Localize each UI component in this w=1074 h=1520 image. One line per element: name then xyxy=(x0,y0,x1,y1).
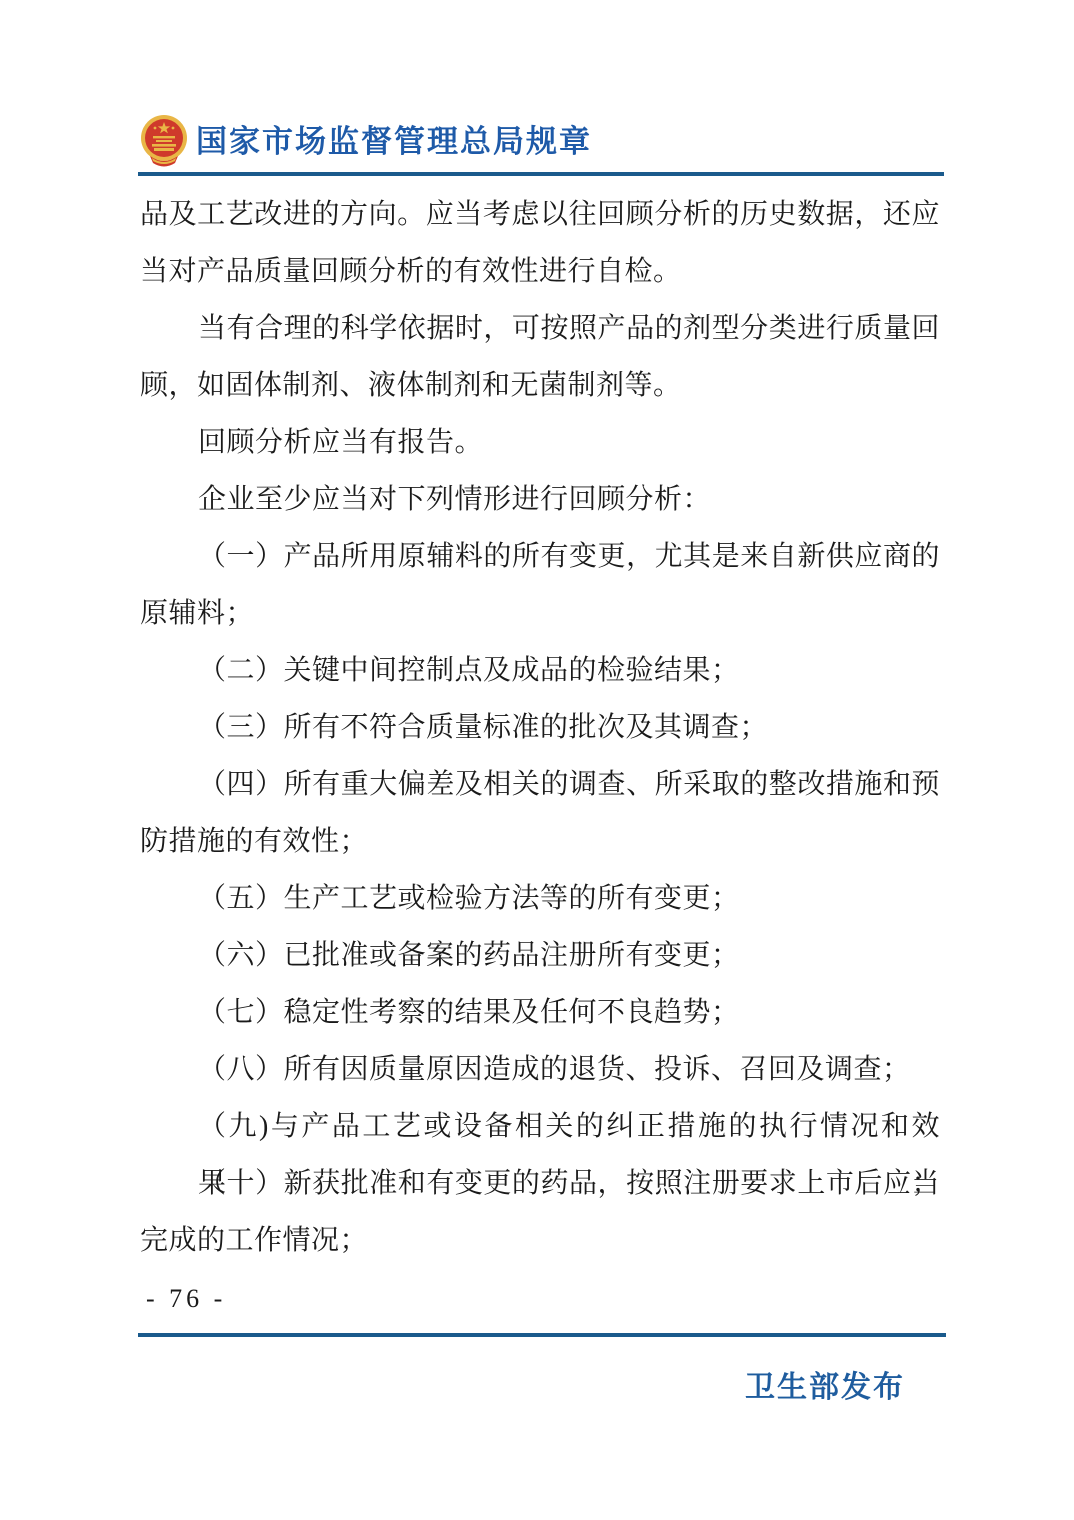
body-line: 企业至少应当对下列情形进行回顾分析： xyxy=(140,471,940,528)
body-line: 防措施的有效性； xyxy=(140,813,940,870)
body-text: 品及工艺改进的方向。应当考虑以往回顾分析的历史数据，还应当对产品质量回顾分析的有… xyxy=(140,186,940,1269)
body-line: （五）生产工艺或检验方法等的所有变更； xyxy=(140,870,940,927)
body-line: 完成的工作情况； xyxy=(140,1212,940,1269)
body-line: 原辅料； xyxy=(140,585,940,642)
document-page: 国家市场监督管理总局规章 品及工艺改进的方向。应当考虑以往回顾分析的历史数据，还… xyxy=(0,0,1074,1520)
body-line: 顾，如固体制剂、液体制剂和无菌制剂等。 xyxy=(140,357,940,414)
publisher-label: 卫生部发布 xyxy=(745,1362,905,1406)
footer-rule xyxy=(138,1333,946,1337)
body-line: 当对产品质量回顾分析的有效性进行自检。 xyxy=(140,243,940,300)
body-line: 当有合理的科学依据时，可按照产品的剂型分类进行质量回 xyxy=(140,300,940,357)
body-line: 品及工艺改进的方向。应当考虑以往回顾分析的历史数据，还应 xyxy=(140,186,940,243)
body-line: （三）所有不符合质量标准的批次及其调查； xyxy=(140,699,940,756)
body-line: （四）所有重大偏差及相关的调查、所采取的整改措施和预 xyxy=(140,756,940,813)
national-emblem-icon xyxy=(140,114,188,168)
body-line: （六）已批准或备案的药品注册所有变更； xyxy=(140,927,940,984)
body-line: （十）新获批准和有变更的药品，按照注册要求上市后应当 xyxy=(140,1155,940,1212)
body-line: （二）关键中间控制点及成品的检验结果； xyxy=(140,642,940,699)
body-line: （八）所有因质量原因造成的退货、投诉、召回及调查； xyxy=(140,1041,940,1098)
header-rule xyxy=(138,172,944,176)
body-line: （九)与产品工艺或设备相关的纠正措施的执行情况和效果； xyxy=(140,1098,940,1155)
header-title: 国家市场监督管理总局规章 xyxy=(196,126,592,157)
body-line: （一）产品所用原辅料的所有变更，尤其是来自新供应商的 xyxy=(140,528,940,585)
page-number: - 76 - xyxy=(146,1284,226,1314)
document-header: 国家市场监督管理总局规章 xyxy=(140,112,946,170)
body-line: 回顾分析应当有报告。 xyxy=(140,414,940,471)
body-line: （七）稳定性考察的结果及任何不良趋势； xyxy=(140,984,940,1041)
